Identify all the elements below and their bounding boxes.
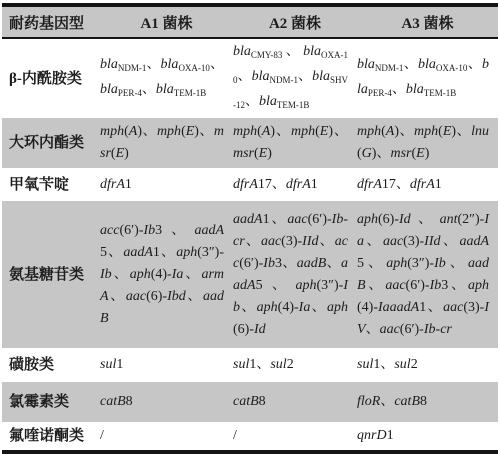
a3-gene-list: blaNDM-1、blaOXA-10、blaPER-4、blaTEM-1B [357,38,498,118]
a3-gene-list: sul1、sul2 [357,348,498,382]
a3-gene-list: mph(A)、mph(E)、lnu(G)、msr(E) [357,118,498,168]
genotype-label: 氨基糖苷类 [2,201,100,348]
a3-gene-list: floR、catB8 [357,382,498,422]
table-row: 大环内酯类 mph(A)、mph(E)、msr(E) mph(A)、mph(E)… [2,118,498,168]
genotype-label: β-内酰胺类 [2,38,100,118]
header-a2-strain: A2 菌株 [233,5,357,38]
a1-gene-list: acc(6′)-Ib3、aadA5、aadA1、aph(3″)-Ib、aph(4… [100,201,233,348]
table-row: 甲氧苄啶 dfrA1 dfrA17、dfrA1 dfrA17、dfrA1 [2,168,498,201]
table-row: 氨基糖苷类 acc(6′)-Ib3、aadA5、aadA1、aph(3″)-Ib… [2,201,498,348]
a2-gene-list: sul1、sul2 [233,348,357,382]
a2-gene-list: dfrA17、dfrA1 [233,168,357,201]
a1-gene-list: / [100,422,233,452]
resistance-genotype-table-wrap: 耐药基因型 A1 菌株 A2 菌株 A3 菌株 β-内酰胺类 blaNDM-1、… [0,0,500,454]
a3-gene-list: aph(6)-Id、ant(2″)-Ia、aac(3)-IId、aadA5、ap… [357,201,498,348]
table-row: 氯霉素类 catB8 catB8 floR、catB8 [2,382,498,422]
a1-gene-list: catB8 [100,382,233,422]
a1-gene-list: sul1 [100,348,233,382]
header-genotype: 耐药基因型 [2,5,100,38]
a1-gene-list: blaNDM-1、blaOXA-10、blaPER-4、blaTEM-1B [100,38,233,118]
table-header: 耐药基因型 A1 菌株 A2 菌株 A3 菌株 [2,5,498,38]
a2-gene-list: catB8 [233,382,357,422]
a3-gene-list: dfrA17、dfrA1 [357,168,498,201]
header-a3-strain: A3 菌株 [357,5,498,38]
genotype-label: 甲氧苄啶 [2,168,100,201]
table-row: 磺胺类 sul1 sul1、sul2 sul1、sul2 [2,348,498,382]
genotype-label: 磺胺类 [2,348,100,382]
a1-gene-list: dfrA1 [100,168,233,201]
table-row: β-内酰胺类 blaNDM-1、blaOXA-10、blaPER-4、blaTE… [2,38,498,118]
table-body: β-内酰胺类 blaNDM-1、blaOXA-10、blaPER-4、blaTE… [2,38,498,452]
genotype-label: 大环内酯类 [2,118,100,168]
resistance-genotype-table: 耐药基因型 A1 菌株 A2 菌株 A3 菌株 β-内酰胺类 blaNDM-1、… [2,3,498,454]
header-a1-strain: A1 菌株 [100,5,233,38]
a2-gene-list: blaCMY-83、blaOXA-10、blaNDM-1、blaSHV-12、b… [233,38,357,118]
a2-gene-list: mph(A)、mph(E)、msr(E) [233,118,357,168]
header-row: 耐药基因型 A1 菌株 A2 菌株 A3 菌株 [2,5,498,38]
genotype-label: 氟喹诺酮类 [2,422,100,452]
table-row: 氟喹诺酮类 / / qnrD1 [2,422,498,452]
a2-gene-list: aadA1、aac(6′)-Ib-cr、aac(3)-IId、acc(6′)-I… [233,201,357,348]
a3-gene-list: qnrD1 [357,422,498,452]
genotype-label: 氯霉素类 [2,382,100,422]
a1-gene-list: mph(A)、mph(E)、msr(E) [100,118,233,168]
a2-gene-list: / [233,422,357,452]
